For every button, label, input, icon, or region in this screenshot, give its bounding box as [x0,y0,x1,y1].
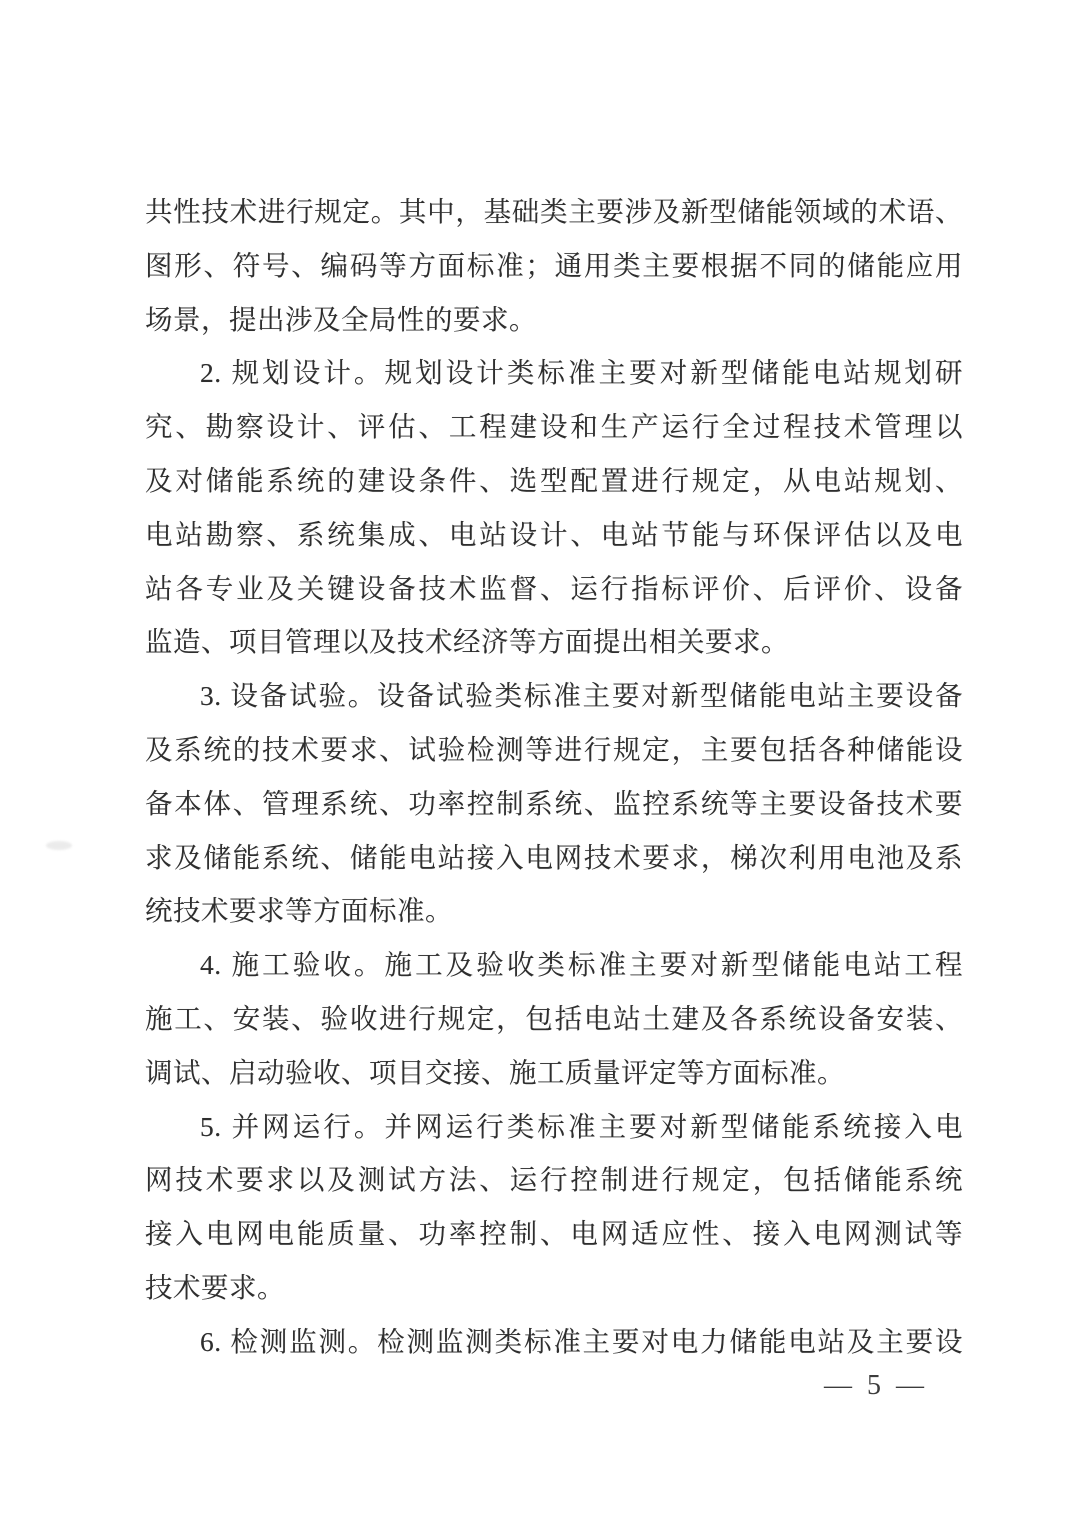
text-block: 共性技术进行规定。其中，基础类主要涉及新型储能领域的术语、图形、符号、编码等方面… [145,185,963,1369]
text-line: 技术要求。 [145,1261,963,1315]
text-line: 6. 检测监测。检测监测类标准主要对电力储能电站及主要设 [145,1315,963,1369]
text-line: 共性技术进行规定。其中，基础类主要涉及新型储能领域的术语、 [145,185,963,239]
para-5-grid-connection: 5. 并网运行。并网运行类标准主要对新型储能系统接入电网技术要求以及测试方法、运… [145,1100,963,1315]
text-line: 施工、安装、验收进行规定，包括电站土建及各系统设备安装、 [145,992,963,1046]
text-line: 站各专业及关键设备技术监督、运行指标评价、后评价、设备 [145,562,963,616]
text-line: 究、勘察设计、评估、工程建设和生产运行全过程技术管理以 [145,400,963,454]
text-line: 备本体、管理系统、功率控制系统、监控系统等主要设备技术要 [145,777,963,831]
para-basics-continuation: 共性技术进行规定。其中，基础类主要涉及新型储能领域的术语、图形、符号、编码等方面… [145,185,963,346]
para-6-inspection-monitoring: 6. 检测监测。检测监测类标准主要对电力储能电站及主要设 [145,1315,963,1369]
text-line: 调试、启动验收、项目交接、施工质量评定等方面标准。 [145,1046,963,1100]
text-line: 场景，提出涉及全局性的要求。 [145,293,963,347]
text-line: 2. 规划设计。规划设计类标准主要对新型储能电站规划研 [145,346,963,400]
scan-artifact [46,841,72,850]
text-line: 接入电网电能质量、功率控制、电网适应性、接入电网测试等 [145,1207,963,1261]
text-line: 监造、项目管理以及技术经济等方面提出相关要求。 [145,615,963,669]
document-page: 共性技术进行规定。其中，基础类主要涉及新型储能领域的术语、图形、符号、编码等方面… [0,0,1080,1527]
text-line: 网技术要求以及测试方法、运行控制进行规定，包括储能系统 [145,1153,963,1207]
text-line: 求及储能系统、储能电站接入电网技术要求，梯次利用电池及系 [145,831,963,885]
para-4-construction-acceptance: 4. 施工验收。施工及验收类标准主要对新型储能电站工程施工、安装、验收进行规定，… [145,938,963,1099]
text-line: 统技术要求等方面标准。 [145,884,963,938]
para-3-equipment-test: 3. 设备试验。设备试验类标准主要对新型储能电站主要设备及系统的技术要求、试验检… [145,669,963,938]
text-line: 电站勘察、系统集成、电站设计、电站节能与环保评估以及电 [145,508,963,562]
text-line: 4. 施工验收。施工及验收类标准主要对新型储能电站工程 [145,938,963,992]
text-line: 及系统的技术要求、试验检测等进行规定，主要包括各种储能设 [145,723,963,777]
text-line: 图形、符号、编码等方面标准；通用类主要根据不同的储能应用 [145,239,963,293]
text-line: 3. 设备试验。设备试验类标准主要对新型储能电站主要设备 [145,669,963,723]
text-line: 5. 并网运行。并网运行类标准主要对新型储能系统接入电 [145,1100,963,1154]
text-line: 及对储能系统的建设条件、选型配置进行规定，从电站规划、 [145,454,963,508]
para-2-planning-design: 2. 规划设计。规划设计类标准主要对新型储能电站规划研究、勘察设计、评估、工程建… [145,346,963,669]
page-number: — 5 — [824,1366,928,1406]
